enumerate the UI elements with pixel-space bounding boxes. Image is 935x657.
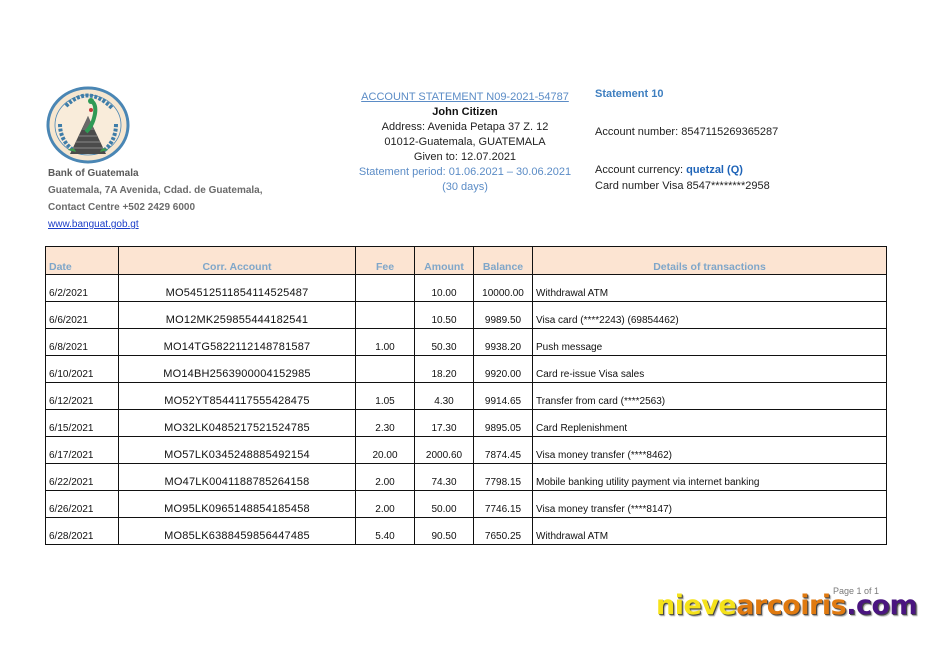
cell-balance: 9895.05 [474,410,533,437]
header-details: Details of transactions [533,247,887,275]
holder-address-line1: Address: Avenida Petapa 37 Z. 12 [340,120,590,135]
header-fee: Fee [356,247,415,275]
bank-address: Guatemala, 7A Avenida, Cdad. de Guatemal… [48,182,263,199]
cell-fee [356,356,415,383]
table-row: 6/10/2021MO14BH256390000415298518.209920… [46,356,887,383]
currency-value: quetzal (Q) [686,164,743,176]
cell-fee: 2.30 [356,410,415,437]
cell-fee: 20.00 [356,437,415,464]
cell-corr-account: MO52YT8544117555428475 [119,383,356,410]
cell-balance: 7746.15 [474,491,533,518]
cell-corr-account: MO12MK259855444182541 [119,302,356,329]
table-row: 6/12/2021MO52YT85441175554284751.054.309… [46,383,887,410]
cell-balance: 10000.00 [474,275,533,302]
cell-fee [356,302,415,329]
table-row: 6/17/2021MO57LK034524888549215420.002000… [46,437,887,464]
currency-label: Account currency: [595,164,686,176]
statement-period-days: (30 days) [340,180,590,195]
table-row: 6/6/2021MO12MK25985544418254110.509989.5… [46,302,887,329]
cell-corr-account: MO47LK0041188785264158 [119,464,356,491]
cell-corr-account: MO14BH2563900004152985 [119,356,356,383]
cell-details: Visa money transfer (****8147) [533,491,887,518]
table-row: 6/8/2021MO14TG58221121487815871.0050.309… [46,329,887,356]
table-row: 6/22/2021MO47LK00411887852641582.0074.30… [46,464,887,491]
watermark-logo: nievearcoiris.com [656,590,917,621]
cell-fee: 5.40 [356,518,415,545]
bank-website-link[interactable]: www.banguat.gob.gt [48,216,263,233]
bank-name: Bank of Guatemala [48,165,263,182]
cell-amount: 10.00 [415,275,474,302]
cell-date: 6/2/2021 [46,275,119,302]
cell-date: 6/8/2021 [46,329,119,356]
account-number: Account number: 8547115269365287 [595,126,778,138]
cell-details: Withdrawal ATM [533,518,887,545]
cell-corr-account: MO54512511854114525487 [119,275,356,302]
cell-corr-account: MO95LK0965148854185458 [119,491,356,518]
cell-details: Card re-issue Visa sales [533,356,887,383]
statement-header: ACCOUNT STATEMENT N09-2021-54787 John Ci… [340,90,590,195]
cell-balance: 9920.00 [474,356,533,383]
cell-amount: 90.50 [415,518,474,545]
table-row: 6/28/2021MO85LK63884598564474855.4090.50… [46,518,887,545]
table-row: 6/15/2021MO32LK04852175215247852.3017.30… [46,410,887,437]
cell-date: 6/22/2021 [46,464,119,491]
cell-fee: 2.00 [356,464,415,491]
card-number: Card number Visa 8547********2958 [595,180,770,192]
cell-amount: 74.30 [415,464,474,491]
cell-balance: 9989.50 [474,302,533,329]
cell-date: 6/28/2021 [46,518,119,545]
account-currency: Account currency: quetzal (Q) [595,164,743,176]
table-row: 6/26/2021MO95LK09651488541854582.0050.00… [46,491,887,518]
header-amount: Amount [415,247,474,275]
header-date: Date [46,247,119,275]
holder-address-line2: 01012-Guatemala, GUATEMALA [340,135,590,150]
cell-balance: 9938.20 [474,329,533,356]
cell-fee: 1.00 [356,329,415,356]
cell-fee: 1.05 [356,383,415,410]
statement-number: Statement 10 [595,88,663,100]
cell-date: 6/6/2021 [46,302,119,329]
cell-amount: 17.30 [415,410,474,437]
cell-balance: 9914.65 [474,383,533,410]
cell-amount: 18.20 [415,356,474,383]
bank-contact: Contact Centre +502 2429 6000 [48,199,263,216]
cell-amount: 50.00 [415,491,474,518]
cell-amount: 50.30 [415,329,474,356]
cell-date: 6/15/2021 [46,410,119,437]
cell-details: Transfer from card (****2563) [533,383,887,410]
watermark-part-3: .com [846,590,917,621]
transactions-table: Date Corr. Account Fee Amount Balance De… [45,246,887,545]
cell-corr-account: MO14TG5822112148781587 [119,329,356,356]
account-holder: John Citizen [340,105,590,120]
cell-corr-account: MO32LK0485217521524785 [119,410,356,437]
cell-details: Visa money transfer (****8462) [533,437,887,464]
cell-date: 6/26/2021 [46,491,119,518]
statement-title[interactable]: ACCOUNT STATEMENT N09-2021-54787 [340,90,590,105]
bank-info: Bank of Guatemala Guatemala, 7A Avenida,… [48,165,263,233]
watermark-part-2: arcoiris [736,590,846,621]
statement-period: Statement period: 01.06.2021 – 30.06.202… [340,165,590,180]
transactions-body: 6/2/2021MO5451251185411452548710.0010000… [46,275,887,545]
cell-fee [356,275,415,302]
cell-details: Visa card (****2243) (69854462) [533,302,887,329]
cell-date: 6/17/2021 [46,437,119,464]
cell-balance: 7874.45 [474,437,533,464]
cell-fee: 2.00 [356,491,415,518]
cell-balance: 7798.15 [474,464,533,491]
cell-details: Push message [533,329,887,356]
cell-details: Withdrawal ATM [533,275,887,302]
cell-date: 6/12/2021 [46,383,119,410]
header-balance: Balance [474,247,533,275]
table-header-row: Date Corr. Account Fee Amount Balance De… [46,247,887,275]
watermark-part-1: nieve [656,590,736,621]
cell-corr-account: MO85LK6388459856447485 [119,518,356,545]
cell-amount: 4.30 [415,383,474,410]
cell-date: 6/10/2021 [46,356,119,383]
cell-corr-account: MO57LK0345248885492154 [119,437,356,464]
cell-amount: 2000.60 [415,437,474,464]
cell-amount: 10.50 [415,302,474,329]
cell-balance: 7650.25 [474,518,533,545]
bank-logo [46,86,130,164]
cell-details: Card Replenishment [533,410,887,437]
cell-details: Mobile banking utility payment via inter… [533,464,887,491]
given-to-date: Given to: 12.07.2021 [340,150,590,165]
header-corr-account: Corr. Account [119,247,356,275]
table-row: 6/2/2021MO5451251185411452548710.0010000… [46,275,887,302]
